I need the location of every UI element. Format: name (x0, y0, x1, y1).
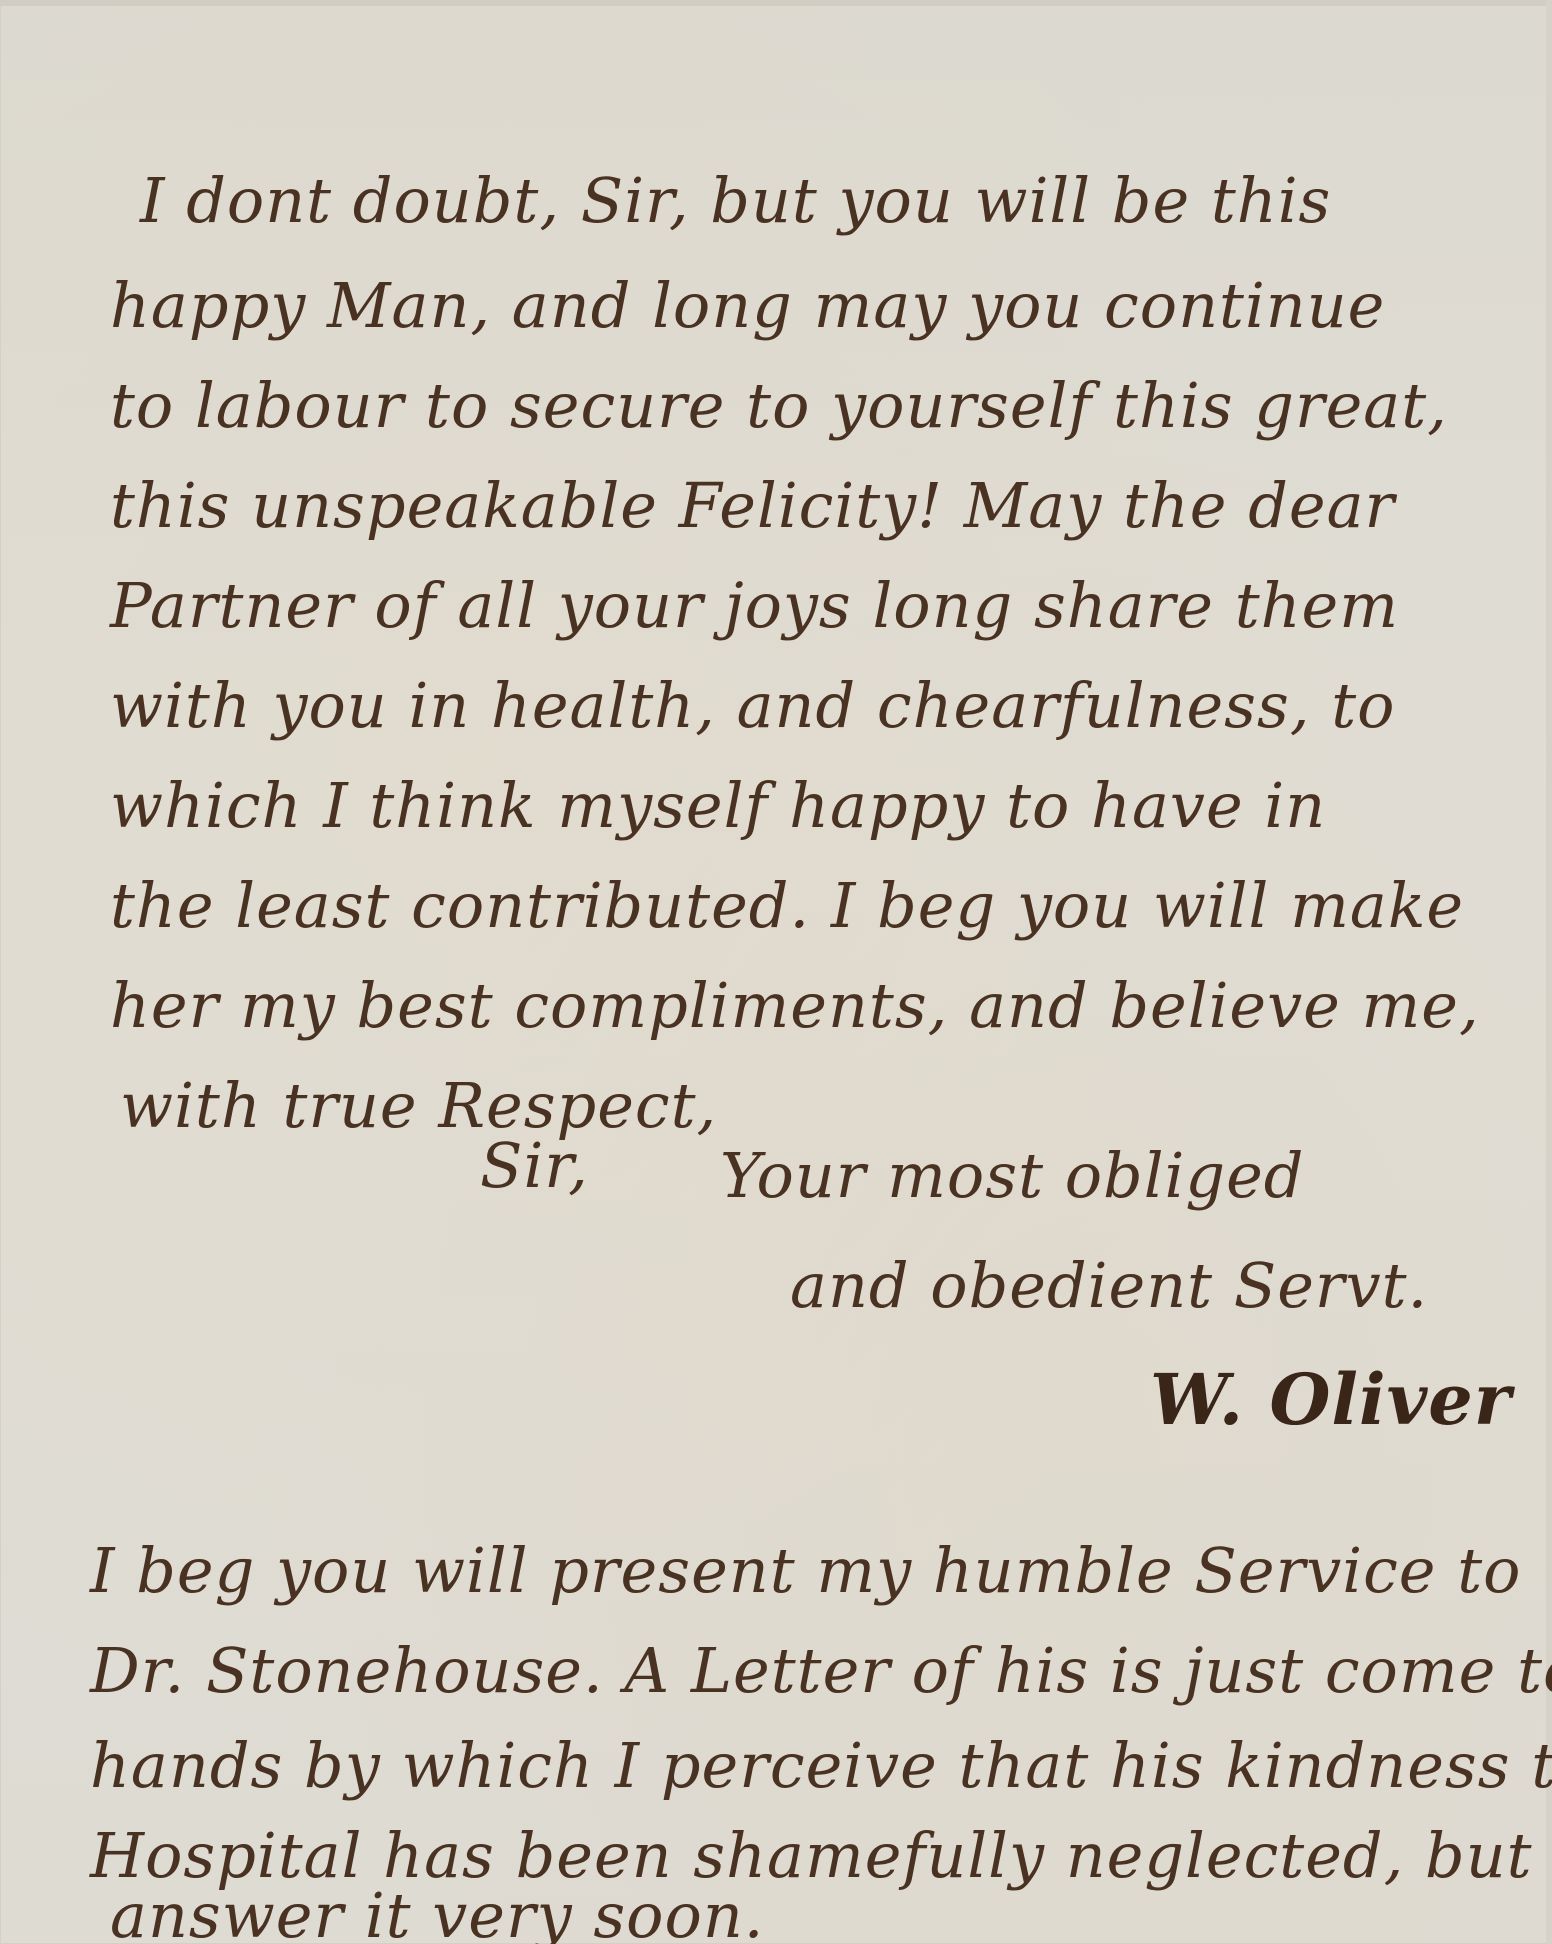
letter-line-10: with true Respect, (120, 1075, 717, 1137)
letter-line-4: this unspeakable Felicity! May the dear (110, 475, 1395, 537)
postscript-line-4: Hospital has been shamefully neglected, … (90, 1825, 1552, 1887)
postscript-line-3: hands by which I perceive that his kindn… (90, 1735, 1552, 1797)
letter-page: I dont doubt, Sir, but you will be this … (0, 0, 1552, 1944)
letter-line-6: with you in health, and chearfulness, to (110, 675, 1395, 737)
postscript-line-5: answer it very soon. (110, 1885, 764, 1944)
closing-line-2: and obedient Servt. (790, 1255, 1428, 1317)
paper-edge-top (0, 0, 1552, 6)
closing-salutation: Sir, (480, 1135, 589, 1197)
postscript-line-2: Dr. Stonehouse. A Letter of his is just … (90, 1640, 1552, 1702)
letter-line-7: which I think myself happy to have in (110, 775, 1326, 837)
letter-line-5: Partner of all your joys long share them (110, 575, 1399, 637)
letter-line-9: her my best compliments, and believe me, (110, 975, 1480, 1037)
letter-line-1: I dont doubt, Sir, but you will be this (140, 170, 1331, 232)
closing-line-1: Your most obliged (720, 1145, 1304, 1207)
letter-line-2: happy Man, and long may you continue (110, 275, 1385, 337)
postscript-line-1: I beg you will present my humble Service… (90, 1540, 1521, 1602)
signature: W. Oliver (1150, 1365, 1512, 1435)
letter-line-8: the least contributed. I beg you will ma… (110, 875, 1464, 937)
letter-line-3: to labour to secure to yourself this gre… (110, 375, 1448, 437)
